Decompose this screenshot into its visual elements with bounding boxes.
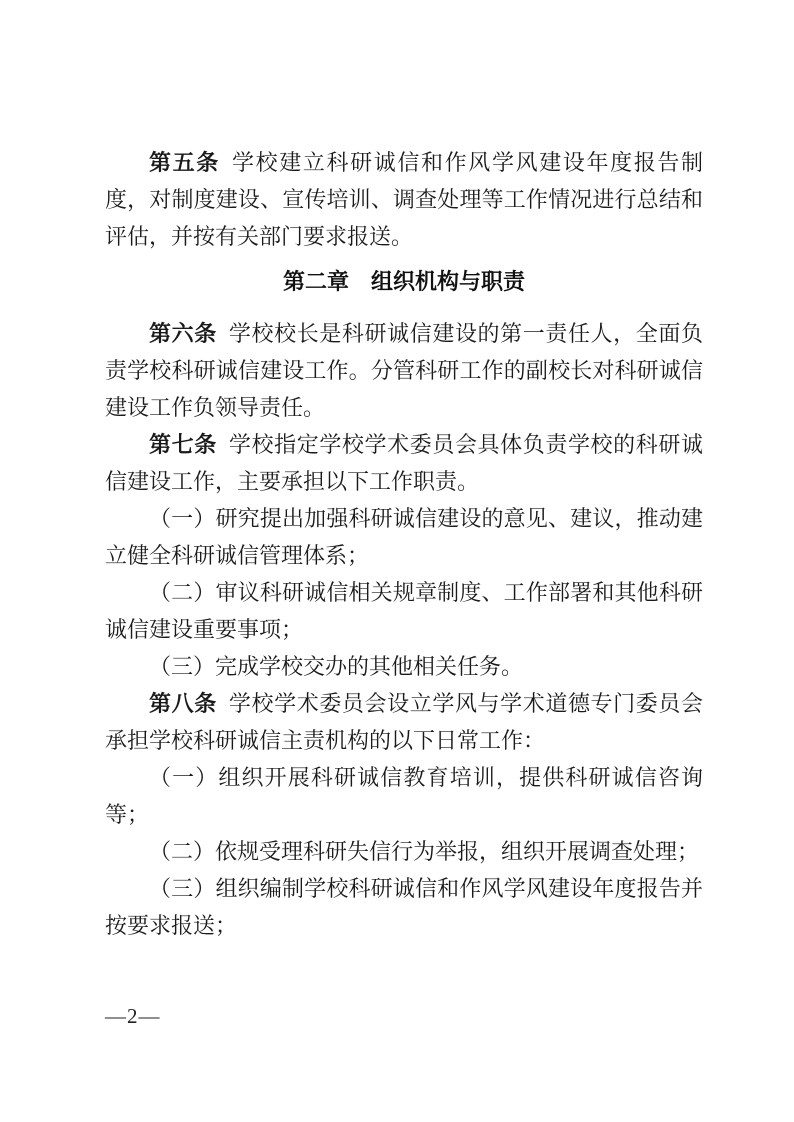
chapter-heading: 第二章 组织机构与职责 (105, 263, 703, 300)
list-item-paragraph-5: （二）依规受理科研失信行为举报，组织开展调查处理； (105, 833, 703, 870)
page-number: —2— (105, 1004, 161, 1028)
article-paragraph-8: 第八条学校学术委员会设立学风与学术道德专门委员会承担学校科研诚信主责机构的以下日… (105, 685, 703, 759)
list-item-paragraph-1: （一）研究提出加强科研诚信建设的意见、建议，推动建立健全科研诚信管理体系； (105, 500, 703, 574)
list-item-paragraph-3: （三）完成学校交办的其他相关任务。 (105, 648, 703, 685)
list-item-paragraph-2: （二）审议科研诚信相关规章制度、工作部署和其他科研诚信建设重要事项； (105, 574, 703, 648)
list-item-paragraph-6: （三）组织编制学校科研诚信和作风学风建设年度报告并按要求报送； (105, 870, 703, 944)
document-body: 第五条学校建立科研诚信和作风学风建设年度报告制度，对制度建设、宣传培训、调查处理… (105, 144, 703, 944)
article-8-label: 第八条 (149, 691, 217, 716)
list-item-paragraph-4: （一）组织开展科研诚信教育培训，提供科研诚信咨询等； (105, 759, 703, 833)
article-paragraph-6: 第六条学校校长是科研诚信建设的第一责任人，全面负责学校科研诚信建设工作。分管科研… (105, 315, 703, 426)
article-6-label: 第六条 (149, 321, 217, 346)
page-footer: —2— (105, 1002, 161, 1030)
article-5-label: 第五条 (149, 150, 220, 175)
article-paragraph-5: 第五条学校建立科研诚信和作风学风建设年度报告制度，对制度建设、宣传培训、调查处理… (105, 144, 703, 255)
document-page: 第五条学校建立科研诚信和作风学风建设年度报告制度，对制度建设、宣传培训、调查处理… (0, 0, 794, 1122)
article-7-label: 第七条 (149, 432, 217, 457)
article-paragraph-7: 第七条学校指定学校学术委员会具体负责学校的科研诚信建设工作，主要承担以下工作职责… (105, 426, 703, 500)
